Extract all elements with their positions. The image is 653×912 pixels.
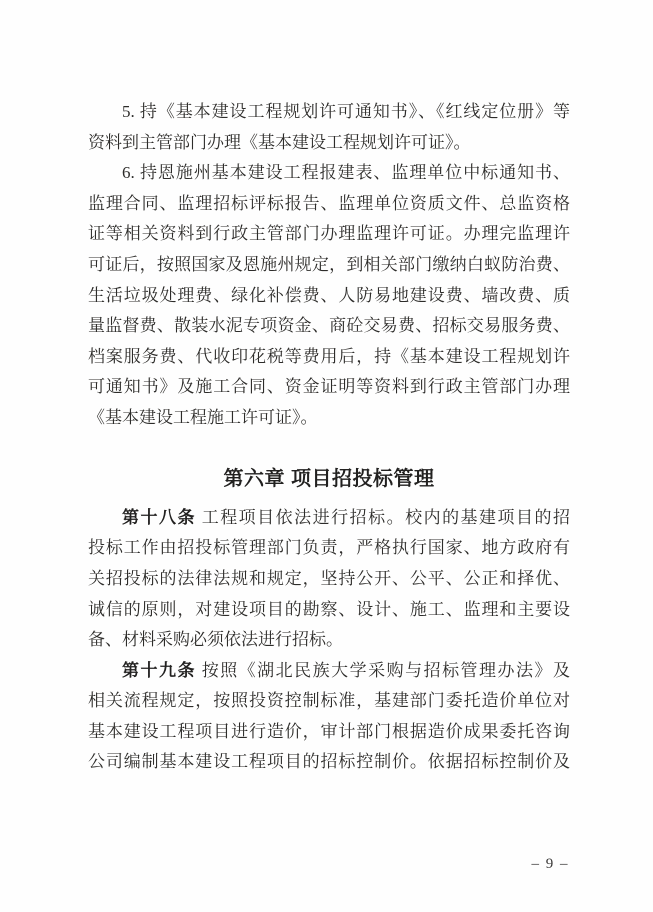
text-line: 可通知书》及施工合同、资金证明等资料到行政主管部门办理	[88, 372, 570, 403]
text-line: 关招投标的法律法规和规定，坚持公开、公平、公正和择优、	[88, 564, 570, 595]
blank-line	[88, 434, 570, 465]
body-text: 5. 持《基本建设工程规划许可通知书》、《红线定位册》等资料到主管部门办理《基本…	[88, 97, 570, 778]
text-line: 基本建设工程项目进行造价，审计部门根据造价成果委托咨询	[88, 717, 570, 748]
body-text-before-heading: 5. 持《基本建设工程规划许可通知书》、《红线定位册》等资料到主管部门办理《基本…	[88, 97, 570, 434]
text-line: 可证后，按照国家及恩施州规定，到相关部门缴纳白蚁防治费、	[88, 250, 570, 281]
text-line: 《基本建设工程施工许可证》。	[88, 403, 570, 434]
text-line: 6. 持恩施州基本建设工程报建表、监理单位中标通知书、	[88, 158, 570, 189]
text-line: 诚信的原则，对建设项目的勘察、设计、施工、监理和主要设	[88, 595, 570, 626]
body-text-after-heading: 第十八条 工程项目依法进行招标。校内的基建项目的招投标工作由招投标管理部门负责，…	[88, 503, 570, 778]
text-line: 5. 持《基本建设工程规划许可通知书》、《红线定位册》等	[88, 97, 570, 128]
article-label: 第十八条	[122, 508, 196, 527]
text-line: 第十八条 工程项目依法进行招标。校内的基建项目的招	[88, 503, 570, 534]
text-line: 证等相关资料到行政主管部门办理监理许可证。办理完监理许	[88, 219, 570, 250]
document-page: 5. 持《基本建设工程规划许可通知书》、《红线定位册》等资料到主管部门办理《基本…	[0, 0, 653, 912]
text-line: 相关流程规定，按照投资控制标准，基建部门委托造价单位对	[88, 686, 570, 717]
article-label: 第十九条	[122, 661, 196, 680]
text-line: 投标工作由招投标管理部门负责，严格执行国家、地方政府有	[88, 533, 570, 564]
chapter-heading: 第六章 项目招投标管理	[88, 464, 570, 495]
text-line: 监理合同、监理招标评标报告、监理单位资质文件、总监资格	[88, 189, 570, 220]
text-line: 生活垃圾处理费、绿化补偿费、人防易地建设费、墙改费、质	[88, 281, 570, 312]
text-line: 备、材料采购必须依法进行招标。	[88, 625, 570, 656]
text-line: 档案服务费、代收印花税等费用后，持《基本建设工程规划许	[88, 342, 570, 373]
text-line: 第十九条 按照《湖北民族大学采购与招标管理办法》及	[88, 656, 570, 687]
text-line: 公司编制基本建设工程项目的招标控制价。依据招标控制价及	[88, 747, 570, 778]
text-line: 资料到主管部门办理《基本建设工程规划许可证》。	[88, 128, 570, 159]
text-line: 量监督费、散装水泥专项资金、商砼交易费、招标交易服务费、	[88, 311, 570, 342]
page-number: – 9 –	[532, 856, 570, 873]
